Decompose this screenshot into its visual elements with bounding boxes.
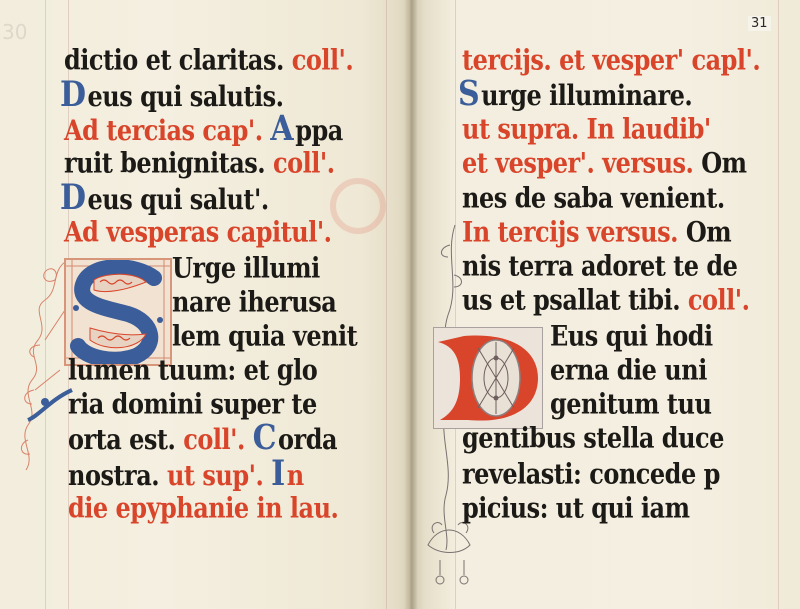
text-line: Ad vesperas capitul'.: [64, 214, 332, 251]
text-line: Ad tercias cap'. Appa: [64, 111, 343, 149]
text-line: picius: ut qui iam: [462, 490, 689, 527]
book-gutter: [404, 0, 418, 609]
manuscript-spread: 30 31: [0, 0, 800, 609]
text-line: Surge illuminare.: [458, 76, 692, 114]
text-line: genitum tuu: [550, 386, 711, 423]
blue-initial: C: [253, 420, 276, 457]
text-line: Deus qui salutis.: [60, 77, 284, 115]
text-line: nis terra adoret te de: [462, 248, 737, 285]
text-line: Eus qui hodi: [550, 318, 713, 355]
text-line: ruit benignitas. coll'.: [64, 145, 335, 182]
text-line: et vesper'. versus. Om: [462, 145, 747, 182]
text-line: die epyphanie in lau.: [68, 490, 338, 527]
text-line: orta est. coll'. Corda: [68, 420, 337, 458]
text-line: lem quia venit: [172, 318, 357, 355]
folio-number: 31: [748, 16, 771, 31]
text-line: gentibus stella duce: [462, 420, 724, 457]
blue-initial: S: [458, 76, 479, 113]
text-line: dictio et claritas. coll'.: [64, 42, 353, 79]
text-line: us et psallat tibi. coll'.: [462, 282, 749, 319]
text-line: revelasti: concede p: [462, 456, 720, 493]
blue-initial: D: [60, 77, 86, 114]
text-line: nes de saba venient.: [462, 180, 725, 217]
text-line: Urge illumi: [172, 250, 320, 287]
text-line: Deus qui salut'.: [60, 180, 269, 218]
blue-initial: D: [60, 180, 86, 217]
blue-initial: A: [270, 111, 293, 148]
text-line: In tercijs versus. Om: [462, 214, 731, 251]
text-line: nostra. ut sup'. In: [68, 456, 304, 494]
blue-initial: I: [271, 456, 285, 493]
text-line: nare iherusa: [172, 284, 336, 321]
illuminated-initial-s: [64, 258, 172, 366]
text-line: lumen tuum: et glo: [68, 352, 317, 389]
text-line: tercijs. et vesper' capl'.: [462, 42, 760, 79]
text-line: ut supra. In laudib': [462, 111, 711, 148]
red-offset-stain: [330, 178, 386, 234]
text-line: ria domini super te: [68, 386, 317, 423]
illuminated-initial-d: [433, 327, 543, 429]
ruling-line: [386, 0, 387, 609]
ghost-folio-number: 30: [2, 20, 27, 44]
text-line: erna die uni: [550, 352, 707, 389]
ruling-line: [778, 0, 779, 609]
